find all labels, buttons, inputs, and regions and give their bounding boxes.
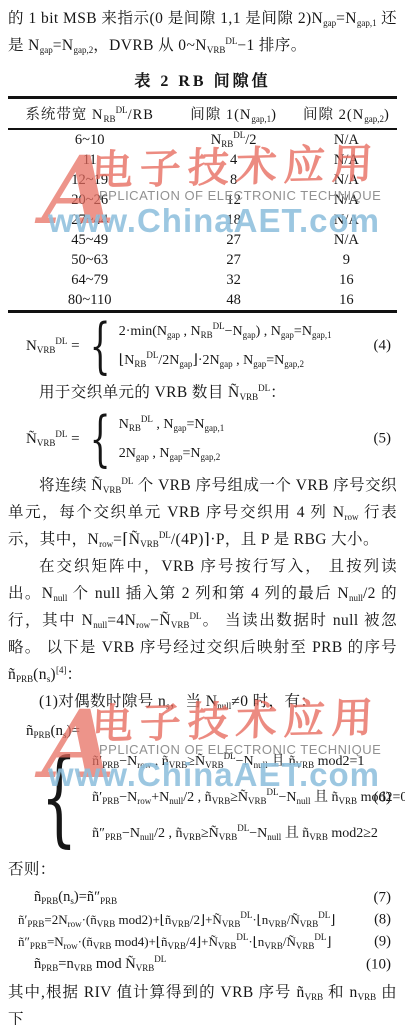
table-cell: 4 [171,150,295,170]
paragraph-interleave: 将连续 ÑVRBDL 个 VRB 序号组成一个 VRB 序号交织单元，每个交织单… [8,472,397,553]
equation-10-body: ñPRB=nVRB mod ÑVRBDL [34,956,166,973]
table-cell: N/A [296,190,397,210]
equation-6: { ñ′PRB−Nrow , ñVRB≥ÑVRBDL−Nnull 且 ñVRB … [26,744,397,852]
equation-6-cases: ñ′PRB−Nrow , ñVRB≥ÑVRBDL−Nnull 且 ñVRB mo… [92,744,405,852]
table-header: 系统带宽 NRBDL/RB 间隙 1(Ngap,1) 间隙 2(Ngap,2) [8,98,397,130]
equation-case: ñ″PRB−Nnull/2 , ñVRB≥ÑVRBDL−Nnull 且 ñVRB… [92,816,405,852]
header-cell-gap1: 间隙 1(Ngap,1) [171,98,295,130]
paragraph-vrb-count: 用于交织单元的 VRB 数目 ÑVRBDL： [8,379,397,406]
table-header-row: 系统带宽 NRBDL/RB 间隙 1(Ngap,1) 间隙 2(Ngap,2) [8,98,397,130]
table-cell: 16 [296,290,397,312]
table-cell: 9 [296,250,397,270]
table-title: 表 2 RB 间隙值 [8,68,397,91]
equation-7: ñPRB(ns)=ñ″PRB (7) [8,889,397,906]
table-cell: 20~26 [8,190,171,210]
left-brace-icon: { [41,751,77,845]
table-cell: 80~110 [8,290,171,312]
equation-number: (4) [374,338,392,355]
table-row: 50~63 27 9 [8,250,397,270]
equation-number: (10) [366,956,391,973]
table-row: 45~49 27 N/A [8,230,397,250]
equation-case: ñ′PRB−Nrow+Nnull/2 , ñVRB≥ÑVRBDL−Nnull 且… [92,780,405,816]
table-row: 80~110 48 16 [8,290,397,312]
equation-number: (6) [374,790,392,807]
table-cell: 64~79 [8,270,171,290]
paragraph-even-slot: (1)对偶数时隙号 ns，当 Nnull≠0 时，有： [8,688,397,715]
left-brace-icon: { [89,412,110,466]
table-cell: 18 [171,210,295,230]
table-cell: 50~63 [8,250,171,270]
equation-6-lhs: ñPRB(ns)= [26,723,397,740]
equation-case: 2·min(Ngap , NRBDL−Ngap) , Ngap=Ngap,1 [119,317,332,346]
equation-4-lhs: NVRBDL = [26,338,80,355]
equation-9-body: ñ″PRB=Nrow·(ñVRB mod4)+⌊ñVRB/4⌋+ÑVRBDL·⌊… [18,934,331,950]
table-row: 11 4 N/A [8,150,397,170]
table-cell: 12~19 [8,170,171,190]
table-cell: N/A [296,150,397,170]
equation-number: (5) [374,431,392,448]
table-cell: NRBDL/2 [171,129,295,150]
table-row: 20~26 12 N/A [8,190,397,210]
closing-paragraph: 其中,根据 RIV 值计算得到的 VRB 序号 ñVRB 和 nVRB 由下 [8,979,397,1025]
table-cell: N/A [296,129,397,150]
table-row: 27~44 18 N/A [8,210,397,230]
left-brace-icon: { [89,319,110,373]
equation-number: (7) [374,889,392,906]
equation-number: (8) [374,912,391,929]
table-cell: 27 [171,230,295,250]
equation-case: ⌊NRBDL/2Ngap⌋·2Ngap , Ngap=Ngap,2 [119,346,332,375]
equation-case: ñ′PRB−Nrow , ñVRB≥ÑVRBDL−Nnull 且 ñVRB mo… [92,744,405,780]
equation-9: ñ″PRB=Nrow·(ñVRB mod4)+⌊ñVRB/4⌋+ÑVRBDL·⌊… [8,934,397,950]
table-cell: N/A [296,230,397,250]
equation-case: NRBDL , Ngap=Ngap,1 [119,410,225,439]
table-row: 6~10 NRBDL/2 N/A [8,129,397,150]
equation-5-lhs: ÑVRBDL = [26,431,80,448]
equation-number: (9) [374,934,391,951]
header-cell-gap2: 间隙 2(Ngap,2) [296,98,397,130]
equation-10: ñPRB=nVRB mod ÑVRBDL (10) [8,956,397,973]
paper-page: 的 1 bit MSB 来指示(0 是间隙 1,1 是间隙 2)Ngap=Nga… [0,0,405,1025]
intro-paragraph: 的 1 bit MSB 来指示(0 是间隙 1,1 是间隙 2)Ngap=Nga… [8,5,397,59]
equation-5-cases: NRBDL , Ngap=Ngap,1 2Ngap , Ngap=Ngap,2 [119,410,225,468]
equation-7-body: ñPRB(ns)=ñ″PRB [34,889,117,906]
equation-8: ñ′PRB=2Nrow·(ñVRB mod2)+⌊ñVRB/2⌋+ÑVRBDL·… [8,912,397,928]
table-row: 12~19 8 N/A [8,170,397,190]
rb-gap-table: 系统带宽 NRBDL/RB 间隙 1(Ngap,1) 间隙 2(Ngap,2) … [8,96,397,313]
table-cell: N/A [296,170,397,190]
paragraph-matrix: 在交织矩阵中，VRB 序号按行写入， 且按列读出。Nnull 个 null 插入… [8,553,397,688]
table-cell: 45~49 [8,230,171,250]
table-cell: 16 [296,270,397,290]
table-row: 64~79 32 16 [8,270,397,290]
table-cell: N/A [296,210,397,230]
table-cell: 12 [171,190,295,210]
header-cell-bandwidth: 系统带宽 NRBDL/RB [8,98,171,130]
table-body: 6~10 NRBDL/2 N/A 11 4 N/A 12~19 8 N/A 20… [8,129,397,312]
table-cell: 11 [8,150,171,170]
table-cell: 27~44 [8,210,171,230]
equation-4-cases: 2·min(Ngap , NRBDL−Ngap) , Ngap=Ngap,1 ⌊… [119,317,332,375]
table-cell: 48 [171,290,295,312]
equation-4: NVRBDL = { 2·min(Ngap , NRBDL−Ngap) , Ng… [26,317,397,375]
table-cell: 8 [171,170,295,190]
equation-8-body: ñ′PRB=2Nrow·(ñVRB mod2)+⌊ñVRB/2⌋+ÑVRBDL·… [18,912,335,928]
table-cell: 32 [171,270,295,290]
table-cell: 27 [171,250,295,270]
table-cell: 6~10 [8,129,171,150]
equation-case: 2Ngap , Ngap=Ngap,2 [119,439,225,468]
equation-5: ÑVRBDL = { NRBDL , Ngap=Ngap,1 2Ngap , N… [26,410,397,468]
paragraph-otherwise: 否则： [8,856,397,883]
